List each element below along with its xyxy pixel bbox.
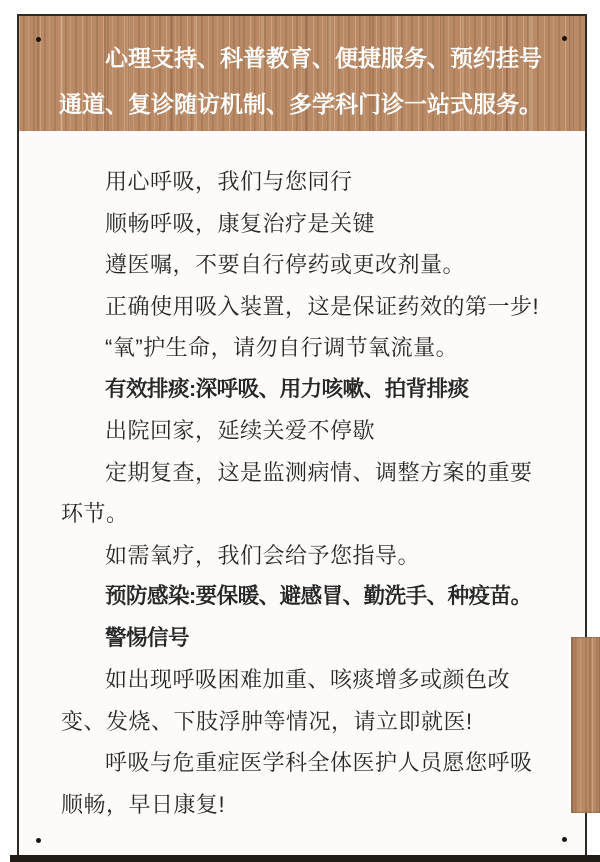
wood-sign-header: 心理支持、科普教育、便捷服务、预约挂号通道、复诊随访机制、多学科门诊一站式服务。 (19, 16, 585, 131)
flyer-frame: 心理支持、科普教育、便捷服务、预约挂号通道、复诊随访机制、多学科门诊一站式服务。… (17, 14, 587, 855)
body-paragraph: 用心呼吸，我们与您同行 (61, 161, 543, 203)
body-paragraph: 呼吸与危重症医学科全体医护人员愿您呼吸顺畅，早日康复! (61, 742, 543, 825)
flyer-page: 心理支持、科普教育、便捷服务、预约挂号通道、复诊随访机制、多学科门诊一站式服务。… (0, 0, 600, 862)
pin-dot-bottom-right (562, 837, 567, 842)
letter-body: 用心呼吸，我们与您同行 顺畅呼吸，康复治疗是关键 遵医嘱，不要自行停药或更改剂量… (19, 131, 585, 825)
body-paragraph: 如出现呼吸困难加重、咳痰增多或颜色改变、发烧、下肢浮肿等情况，请立即就医! (61, 659, 543, 742)
header-text: 心理支持、科普教育、便捷服务、预约挂号通道、复诊随访机制、多学科门诊一站式服务。 (19, 16, 585, 127)
body-paragraph: 预防感染:要保暖、避感冒、勤洗手、种疫苗。 (61, 576, 543, 618)
wood-side-tab (571, 637, 600, 813)
bottom-bar (10, 855, 600, 862)
body-paragraph: 顺畅呼吸，康复治疗是关键 (61, 203, 543, 245)
body-paragraph: 正确使用吸入装置，这是保证药效的第一步! (61, 286, 543, 328)
body-paragraph: “氧”护生命，请勿自行调节氧流量。 (61, 327, 543, 369)
body-paragraph: 有效排痰:深呼吸、用力咳嗽、拍背排痰 (61, 369, 543, 411)
body-paragraph: 警惕信号 (61, 618, 543, 660)
pin-dot-bottom-left (36, 838, 41, 843)
body-paragraph: 出院回家，延续关爱不停歇 (61, 410, 543, 452)
body-paragraph: 定期复查，这是监测病情、调整方案的重要环节。 (61, 452, 543, 535)
pin-dot-top-right (562, 36, 567, 41)
pin-dot-top-left (36, 37, 41, 42)
body-paragraph: 如需氧疗，我们会给予您指导。 (61, 535, 543, 577)
body-paragraph: 遵医嘱，不要自行停药或更改剂量。 (61, 244, 543, 286)
